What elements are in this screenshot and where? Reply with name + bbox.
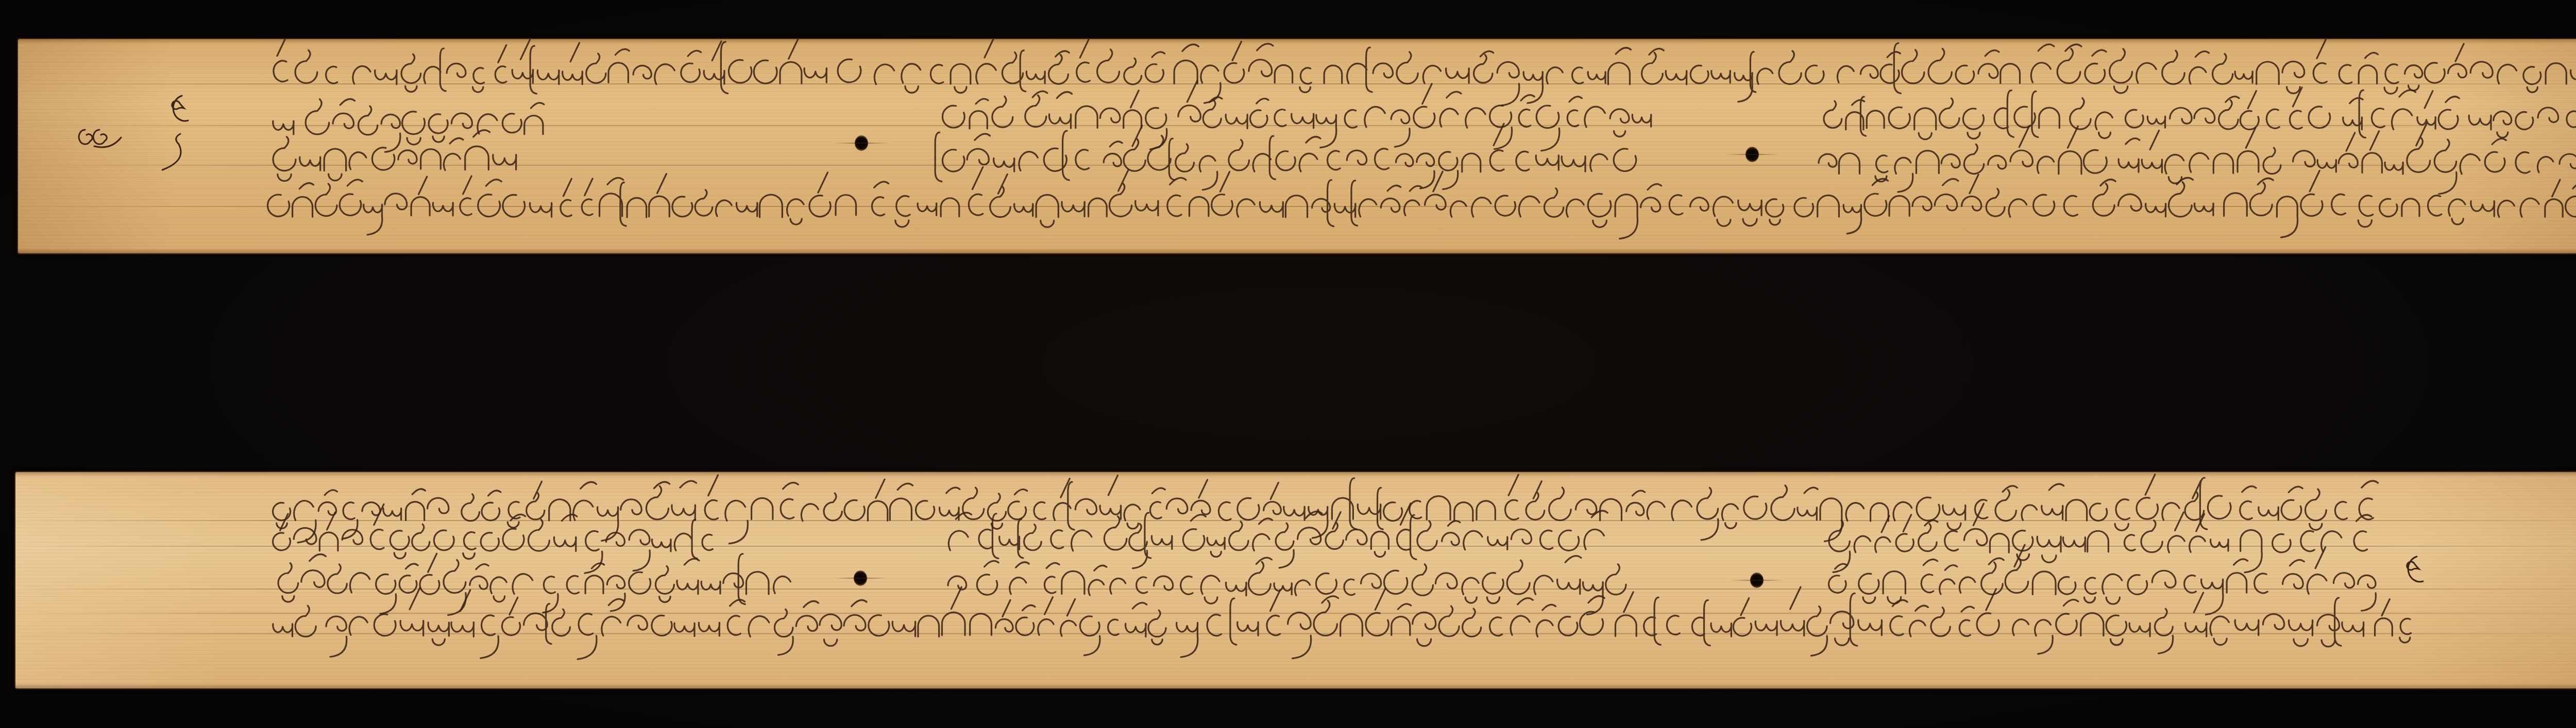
margin-mark-text: ၆၆: [131, 114, 132, 115]
folio-stroke-mark: [142, 129, 204, 193]
handwritten-burmese-script: [268, 47, 2576, 99]
script-line-segment: ကာလပုကာဒွနိမေ့ရ ဂုပတ္တကုဒ္ဒ ဂံကျာကျ၊ ဒွိ…: [268, 47, 2576, 99]
handwritten-burmese-script: [943, 135, 1649, 186]
handwritten-burmese-script: [268, 180, 2576, 232]
binding-string-hole: [854, 570, 867, 586]
script-line-segment: သ ဒိ ေတာ် ဂြ ဒွ ဒူ ဂ ဂြ ဂ သ ဂ ဂ ဂြ ဂ ေဂ …: [948, 514, 1623, 565]
folio-number-mark: ၆၆: [70, 114, 131, 178]
binding-string-hole: [855, 135, 868, 151]
handwritten-burmese-script: [1824, 93, 2576, 144]
palm-leaf-folio-top: ၆၆ငှကာလပုကာဒွနိမေ့ရ ဂုပတ္တကုဒ္ဒ ဂံကျာကျ၊…: [18, 39, 2576, 253]
margin-mark-text: ငှ: [209, 86, 209, 87]
binding-string-hole: [1745, 147, 1759, 162]
script-line-segment: ဂြ ဂ ဒိ ဒေ ဝ ဂါ ဒွိ ဂြဲ ဒော် ဒွိ ဂြ ဒ ဒိ…: [1824, 93, 2576, 144]
handwritten-burmese-script: [273, 134, 515, 185]
handwritten-burmese-script: [948, 514, 1623, 565]
script-line-segment: သ ဂြ ဒ ဂ ဒိ ဂ ေဂ ဒွါ ဂှ ေဂ ဂြိ ဒွိ ဂေ ဒိ…: [943, 135, 1649, 186]
binding-string-hole: [1750, 573, 1764, 588]
handwritten-burmese-script: [273, 600, 2411, 651]
script-line-segment: ဂြ ဒိ ဒွါ သ ဂြ သိ ပု ဂြ တ ဂှ ဒွဲ ဂျ ဂြ ဒ…: [268, 180, 2576, 232]
script-line-segment: သိ ဂ ဂြ ဒိ ဂ ဂ ဂ ဂ ဂ ဂ ဂ ဂ ဂ ဂ ဂ ဂ ဂ ဂ ဂ…: [273, 600, 2411, 651]
margin-mark-text: ဌ: [2444, 547, 2444, 548]
palm-leaf-folio-bottom: ဌဒွါ ဒွ ဝ ကဂ ဒွ ဗ ဒိ ဂြ ဒိ ဂ ဒေ ဝသိ ဂျ သ…: [15, 472, 2576, 688]
script-line-segment: ဂှ ဒွိ ဂျိ ဒ ဂေ ဂ ဒွိ ဂ ေဂ ဒ သ ဝ ေယ ဂ: [273, 134, 515, 185]
